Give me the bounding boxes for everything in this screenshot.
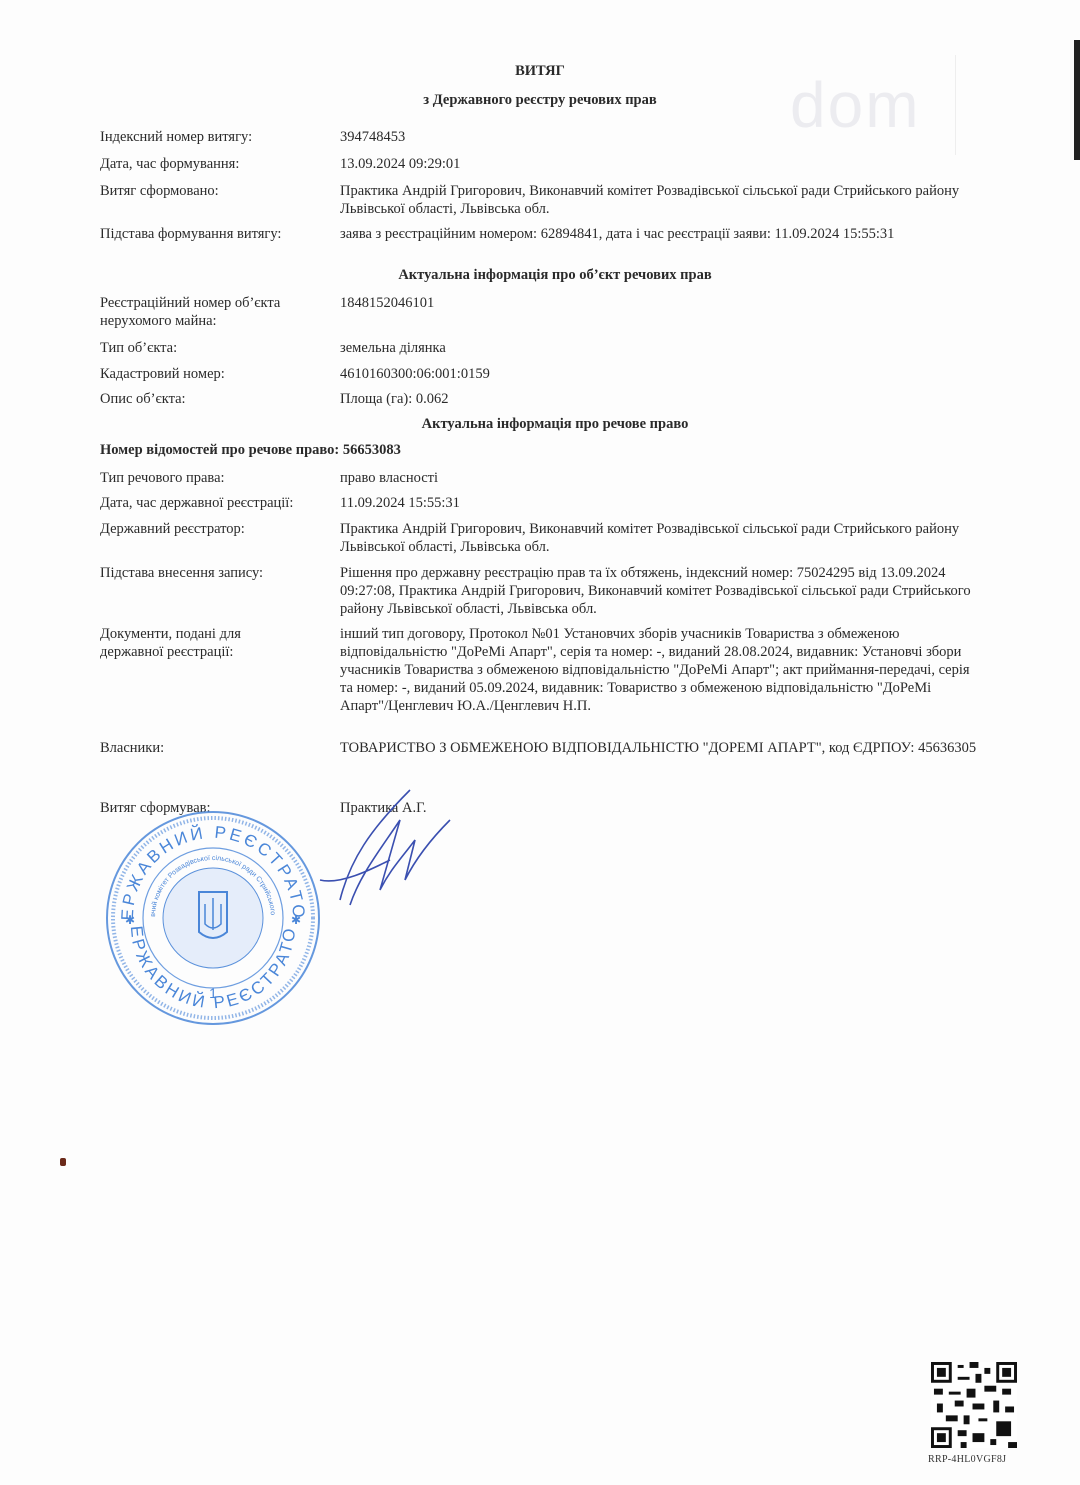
field-label: Кадастровий номер:: [100, 365, 335, 383]
document-page: dom ВИТЯГ з Державного реєстру речових п…: [0, 0, 1080, 1485]
field-value: інший тип договору, Протокол №01 Установ…: [340, 625, 980, 715]
field-label: Підстава формування витягу:: [100, 225, 335, 243]
right-record-number: Номер відомостей про речове право: 56653…: [100, 442, 401, 459]
field-value: Рішення про державну реєстрацію прав та …: [340, 564, 980, 618]
field-label: Дата, час формування:: [100, 155, 335, 173]
field-value: 11.09.2024 15:55:31: [340, 494, 980, 512]
field-label: Тип об’єкта:: [100, 339, 335, 357]
field-label: Дата, час державної реєстрації:: [100, 494, 335, 512]
field-value: 1848152046101: [340, 294, 980, 312]
field-value: Практика Андрій Григорович, Виконавчий к…: [340, 520, 980, 556]
field-label: Державний реєстратор:: [100, 520, 335, 538]
field-label: Тип речового права:: [100, 469, 335, 487]
field-value: земельна ділянка: [340, 339, 980, 357]
section-heading-right: Актуальна інформація про речове право: [0, 416, 1080, 433]
document-title: ВИТЯГ: [0, 63, 1080, 80]
field-value: 394748453: [340, 128, 980, 146]
field-value: 4610160300:06:001:0159: [340, 365, 980, 383]
qr-code-icon: [931, 1362, 1017, 1448]
svg-text:✱: ✱: [125, 913, 135, 927]
handwritten-signature-icon: [280, 780, 460, 920]
document-subtitle: з Державного реєстру речових прав: [0, 92, 1080, 109]
field-value: ТОВАРИСТВО З ОБМЕЖЕНОЮ ВІДПОВІДАЛЬНІСТЮ …: [340, 739, 980, 757]
field-label: Індексний номер витягу:: [100, 128, 335, 146]
field-value: право власності: [340, 469, 980, 487]
field-label: Витяг сформовано:: [100, 182, 335, 200]
section-heading-object: Актуальна інформація про об’єкт речових …: [0, 267, 1080, 284]
field-value: Площа (га): 0.062: [340, 390, 980, 408]
field-label: Документи, подані для державної реєстрац…: [100, 625, 300, 661]
field-value: Практика Андрій Григорович, Виконавчий к…: [340, 182, 980, 218]
field-label: Реєстраційний номер об’єкта нерухомого м…: [100, 294, 315, 330]
field-label: Власники:: [100, 739, 335, 757]
field-value: 13.09.2024 09:29:01: [340, 155, 980, 173]
field-value: заява з реєстраційним номером: 62894841,…: [340, 225, 980, 243]
field-label: Опис об’єкта:: [100, 390, 335, 408]
svg-text:1: 1: [209, 985, 217, 1001]
qr-code-label: RRP-4HL0VGF8J: [928, 1454, 1006, 1465]
scan-speck: [60, 1158, 66, 1166]
field-label: Підстава внесення запису:: [100, 564, 335, 582]
